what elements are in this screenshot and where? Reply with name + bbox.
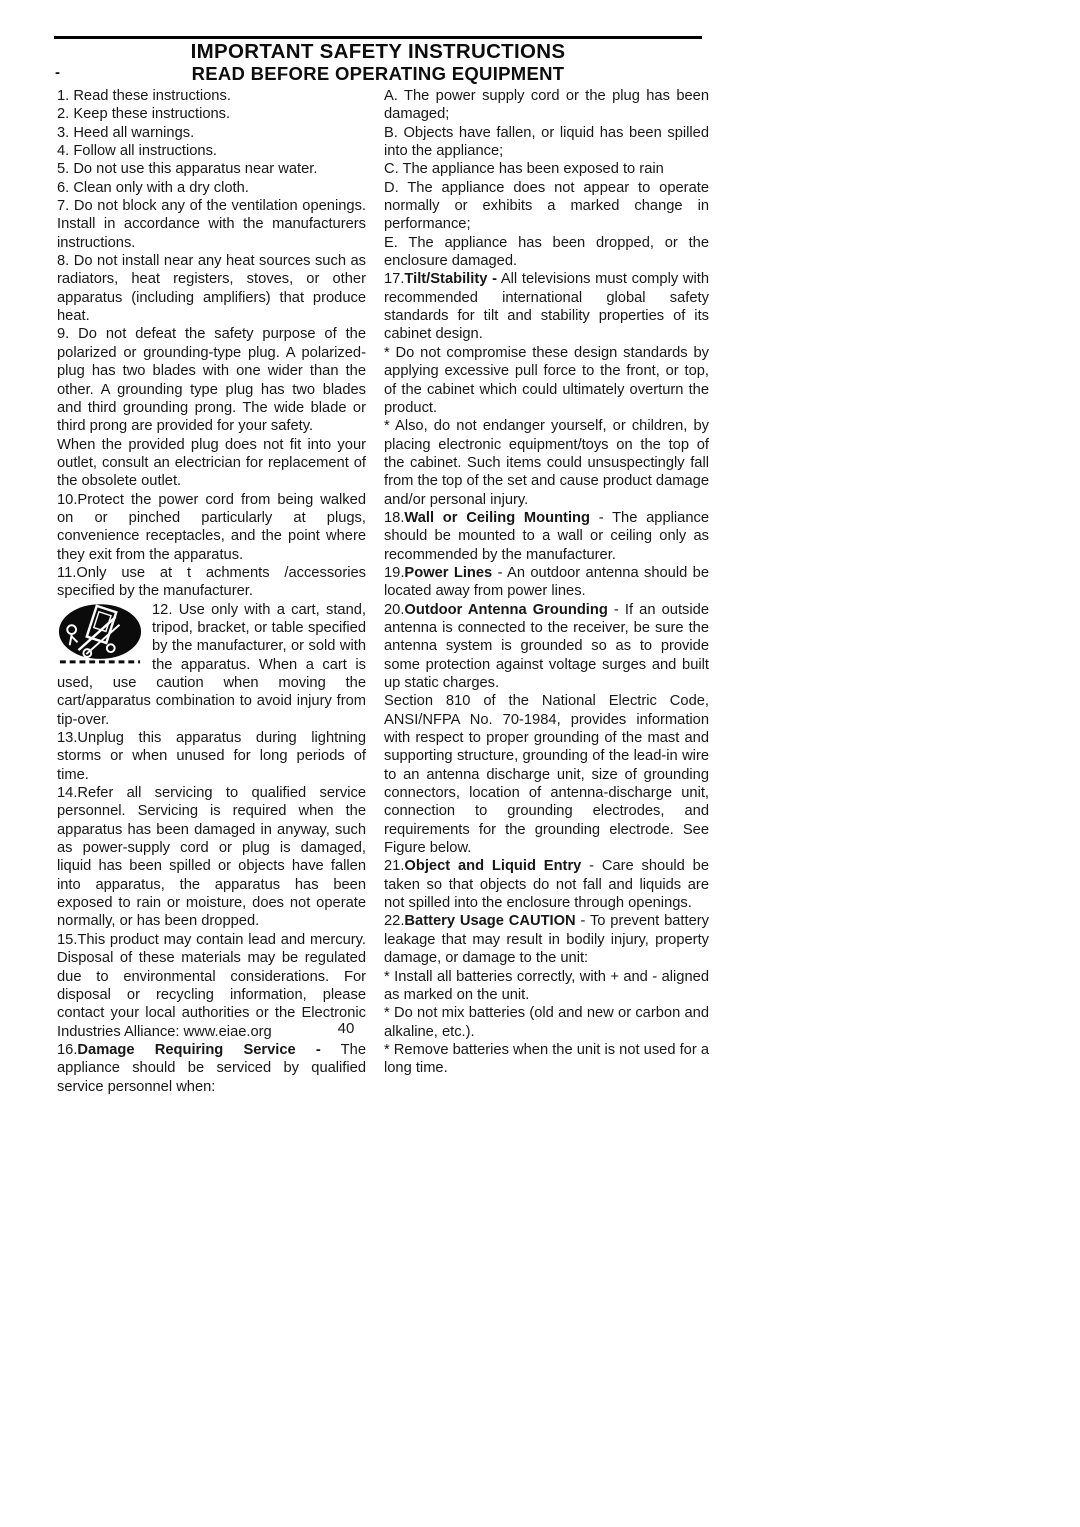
right-column: A. The power supply cord or the plug has… [384,87,709,1078]
safety-item: E. The appliance has been dropped, or th… [384,234,709,271]
safety-item: 6. Clean only with a dry cloth. [57,179,366,197]
item-number: 19. [384,565,404,581]
safety-item: 2. Keep these instructions. [57,105,366,123]
header-rule [54,36,702,39]
item-text: 4. Follow all instructions. [57,143,217,159]
item-text: * Do not compromise these design standar… [384,345,709,416]
item-heading: Object and Liquid Entry [404,858,581,874]
item-text: E. The appliance has been dropped, or th… [384,235,709,269]
item-text: 15.This product may contain lead and mer… [57,932,366,1040]
item-number: 20. [384,602,404,618]
safety-item: 8. Do not install near any heat sources … [57,252,366,325]
safety-item: 9. Do not defeat the safety purpose of t… [57,325,366,435]
item-text: * Install all batteries correctly, with … [384,969,709,1003]
item-text: 2. Keep these instructions. [57,106,230,122]
item-heading: Power Lines [404,565,492,581]
safety-item: * Do not mix batteries (old and new or c… [384,1004,709,1041]
item-text: 10.Protect the power cord from being wal… [57,492,366,563]
safety-item: 10.Protect the power cord from being wal… [57,491,366,564]
item-number: 21. [384,858,404,874]
safety-item: 21.Object and Liquid Entry - Care should… [384,857,709,912]
safety-item: * Install all batteries correctly, with … [384,968,709,1005]
item-heading: Battery Usage CAUTION [404,913,575,929]
safety-item: C. The appliance has been exposed to rai… [384,160,709,178]
page-subtitle: READ BEFORE OPERATING EQUIPMENT [54,63,702,84]
safety-item: A. The power supply cord or the plug has… [384,87,709,124]
item-text: Section 810 of the National Electric Cod… [384,693,709,856]
left-column: 1. Read these instructions.2. Keep these… [57,87,366,1096]
page-title: IMPORTANT SAFETY INSTRUCTIONS [54,41,702,63]
item-heading: Tilt/Stability - [404,271,497,287]
item-text: 14.Refer all servicing to qualified serv… [57,785,366,929]
safety-item: 11.Only use at t achments /accessories s… [57,564,366,601]
item-text: 3. Heed all warnings. [57,125,194,141]
manual-page: IMPORTANT SAFETY INSTRUCTIONS READ BEFOR… [0,0,1080,1527]
safety-item: 18.Wall or Ceiling Mounting - The applia… [384,509,709,564]
safety-item: 17.Tilt/Stability - All televisions must… [384,270,709,343]
item-text: 7. Do not block any of the ventilation o… [57,198,366,251]
safety-item: B. Objects have fallen, or liquid has be… [384,124,709,161]
margin-dash-mark: - [55,64,60,81]
item-text: 9. Do not defeat the safety purpose of t… [57,326,366,434]
safety-item: 19.Power Lines - An outdoor antenna shou… [384,564,709,601]
safety-item: * Also, do not endanger yourself, or chi… [384,417,709,509]
item-text: C. The appliance has been exposed to rai… [384,161,664,177]
item-text: A. The power supply cord or the plug has… [384,88,709,122]
safety-item: 7. Do not block any of the ventilation o… [57,197,366,252]
safety-item: 15.This product may contain lead and mer… [57,931,366,1041]
safety-item: 16.Damage Requiring Service - The applia… [57,1041,366,1096]
page-number: 40 [322,1020,370,1037]
safety-item: 13.Unplug this apparatus during lightnin… [57,729,366,784]
item-text: B. Objects have fallen, or liquid has be… [384,125,709,159]
item-text: 13.Unplug this apparatus during lightnin… [57,730,366,783]
item-heading: Wall or Ceiling Mounting [404,510,590,526]
safety-item: Section 810 of the National Electric Cod… [384,692,709,857]
safety-item: 1. Read these instructions. [57,87,366,105]
item-text: 11.Only use at t achments /accessories s… [57,565,366,599]
safety-item: When the provided plug does not fit into… [57,436,366,491]
item-text: * Also, do not endanger yourself, or chi… [384,418,709,507]
item-text: 8. Do not install near any heat sources … [57,253,366,324]
tip-over-warning-icon [57,603,143,666]
safety-item: 22.Battery Usage CAUTION - To prevent ba… [384,912,709,967]
item-heading: Outdoor Antenna Grounding [404,602,607,618]
item-text: 6. Clean only with a dry cloth. [57,180,249,196]
item-text: 1. Read these instructions. [57,88,231,104]
item-text: 5. Do not use this apparatus near water. [57,161,317,177]
safety-item: 5. Do not use this apparatus near water. [57,160,366,178]
safety-item: D. The appliance does not appear to oper… [384,179,709,234]
safety-item: 20.Outdoor Antenna Grounding - If an out… [384,601,709,693]
safety-item: 3. Heed all warnings. [57,124,366,142]
item-number: 18. [384,510,404,526]
item-number: 17. [384,271,404,287]
item-heading: Damage Requiring Service - [77,1042,320,1058]
item-text: D. The appliance does not appear to oper… [384,180,709,233]
item-text: * Do not mix batteries (old and new or c… [384,1005,709,1039]
safety-item: 4. Follow all instructions. [57,142,366,160]
safety-item: * Remove batteries when the unit is not … [384,1041,709,1078]
page-header: IMPORTANT SAFETY INSTRUCTIONS READ BEFOR… [54,41,702,84]
item-number: 16. [57,1042,77,1058]
item-text: When the provided plug does not fit into… [57,437,366,490]
safety-item: 14.Refer all servicing to qualified serv… [57,784,366,931]
item-number: 22. [384,913,404,929]
safety-item: 12. Use only with a cart, stand, tripod,… [57,601,366,729]
safety-item: * Do not compromise these design standar… [384,344,709,417]
item-text: * Remove batteries when the unit is not … [384,1042,709,1076]
